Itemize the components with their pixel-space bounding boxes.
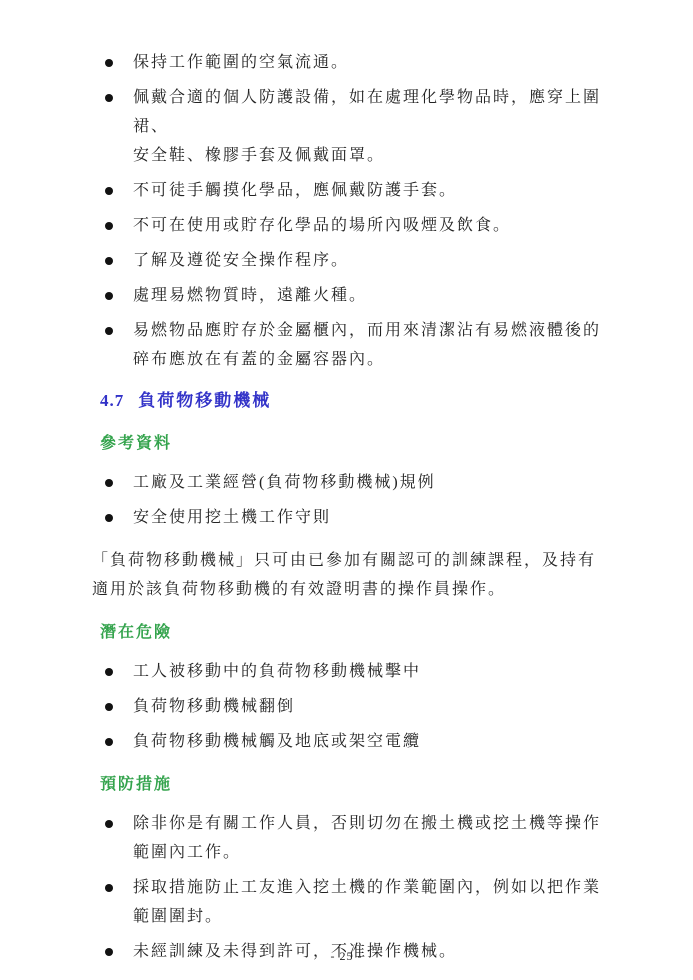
list-item: 不可徒手觸摸化學品，應佩戴防護手套。 [100, 176, 617, 205]
bullet-icon [105, 292, 113, 300]
bullet-icon [105, 703, 113, 711]
bullet-icon [105, 668, 113, 676]
list-item: 不可在使用或貯存化學品的場所內吸煙及飲食。 [100, 211, 617, 240]
bullet-icon [105, 479, 113, 487]
bullet-icon [105, 514, 113, 522]
bullet-text: 工人被移動中的負荷物移動機械擊中 [133, 663, 421, 680]
bullet-icon [105, 59, 113, 67]
section-title: 負荷物移動機械 [138, 391, 271, 410]
list-item: 保持工作範圍的空氣流通。 [100, 48, 617, 77]
document-page: 保持工作範圍的空氣流通。 佩戴合適的個人防護設備，如在處理化學物品時，應穿上圍裙… [0, 0, 693, 980]
list-item: 安全使用挖土機工作守則 [100, 503, 617, 532]
list-item: 處理易燃物質時，遠離火種。 [100, 281, 617, 310]
bullet-icon [105, 94, 113, 102]
bullet-icon [105, 257, 113, 265]
bullet-text: 負荷物移動機械翻倒 [133, 698, 295, 715]
bullet-text: 安全使用挖土機工作守則 [133, 509, 331, 526]
list-item: 負荷物移動機械翻倒 [100, 692, 617, 721]
bullet-icon [105, 884, 113, 892]
bullet-text: 不可徒手觸摸化學品，應佩戴防護手套。 [133, 182, 457, 199]
bullet-text: 處理易燃物質時，遠離火種。 [133, 287, 367, 304]
list-item: 工廠及工業經營(負荷物移動機械)規例 [100, 468, 617, 497]
list-item: 負荷物移動機械觸及地底或架空電纜 [100, 727, 617, 756]
operator-requirement-paragraph: 「負荷物移動機械」只可由已參加有關認可的訓練課程，及持有 適用於該負荷物移動機的… [92, 546, 617, 604]
list-item: 工人被移動中的負荷物移動機械擊中 [100, 657, 617, 686]
bullet-text: 採取措施防止工友進入挖土機的作業範圍內，例如以把作業 範圍圍封。 [133, 879, 601, 925]
bullet-text: 負荷物移動機械觸及地底或架空電纜 [133, 733, 421, 750]
bullet-icon [105, 820, 113, 828]
bullet-text: 佩戴合適的個人防護設備，如在處理化學物品時，應穿上圍裙、 安全鞋、橡膠手套及佩戴… [133, 89, 601, 164]
list-item: 採取措施防止工友進入挖土機的作業範圍內，例如以把作業 範圍圍封。 [100, 873, 617, 931]
bullet-text: 了解及遵從安全操作程序。 [133, 252, 349, 269]
list-item: 佩戴合適的個人防護設備，如在處理化學物品時，應穿上圍裙、 安全鞋、橡膠手套及佩戴… [100, 83, 617, 170]
bullet-text: 除非你是有關工作人員，否則切勿在搬土機或挖土機等操作 範圍內工作。 [133, 815, 601, 861]
bullet-icon [105, 222, 113, 230]
bullet-text: 不可在使用或貯存化學品的場所內吸煙及飲食。 [133, 217, 511, 234]
bullet-text: 保持工作範圍的空氣流通。 [133, 54, 349, 71]
list-item: 易燃物品應貯存於金屬櫃內，而用來清潔沾有易燃液體後的 碎布應放在有蓋的金屬容器內… [100, 316, 617, 374]
section-heading: 4.7負荷物移動機械 [100, 386, 617, 415]
list-item: 了解及遵從安全操作程序。 [100, 246, 617, 275]
reference-heading: 參考資料 [100, 429, 617, 458]
bullet-icon [105, 327, 113, 335]
bullet-text: 易燃物品應貯存於金屬櫃內，而用來清潔沾有易燃液體後的 碎布應放在有蓋的金屬容器內… [133, 322, 601, 368]
hazards-bullet-list: 工人被移動中的負荷物移動機械擊中 負荷物移動機械翻倒 負荷物移動機械觸及地底或架… [100, 657, 617, 756]
intro-bullet-list: 保持工作範圍的空氣流通。 佩戴合適的個人防護設備，如在處理化學物品時，應穿上圍裙… [100, 48, 617, 374]
page-number: - 25 - [0, 949, 693, 964]
precautions-heading: 預防措施 [100, 770, 617, 799]
bullet-icon [105, 738, 113, 746]
hazards-heading: 潛在危險 [100, 618, 617, 647]
section-number: 4.7 [100, 391, 124, 410]
precautions-bullet-list: 除非你是有關工作人員，否則切勿在搬土機或挖土機等操作 範圍內工作。 採取措施防止… [100, 809, 617, 966]
bullet-icon [105, 187, 113, 195]
list-item: 除非你是有關工作人員，否則切勿在搬土機或挖土機等操作 範圍內工作。 [100, 809, 617, 867]
reference-bullet-list: 工廠及工業經營(負荷物移動機械)規例 安全使用挖土機工作守則 [100, 468, 617, 532]
bullet-text: 工廠及工業經營(負荷物移動機械)規例 [133, 474, 436, 491]
